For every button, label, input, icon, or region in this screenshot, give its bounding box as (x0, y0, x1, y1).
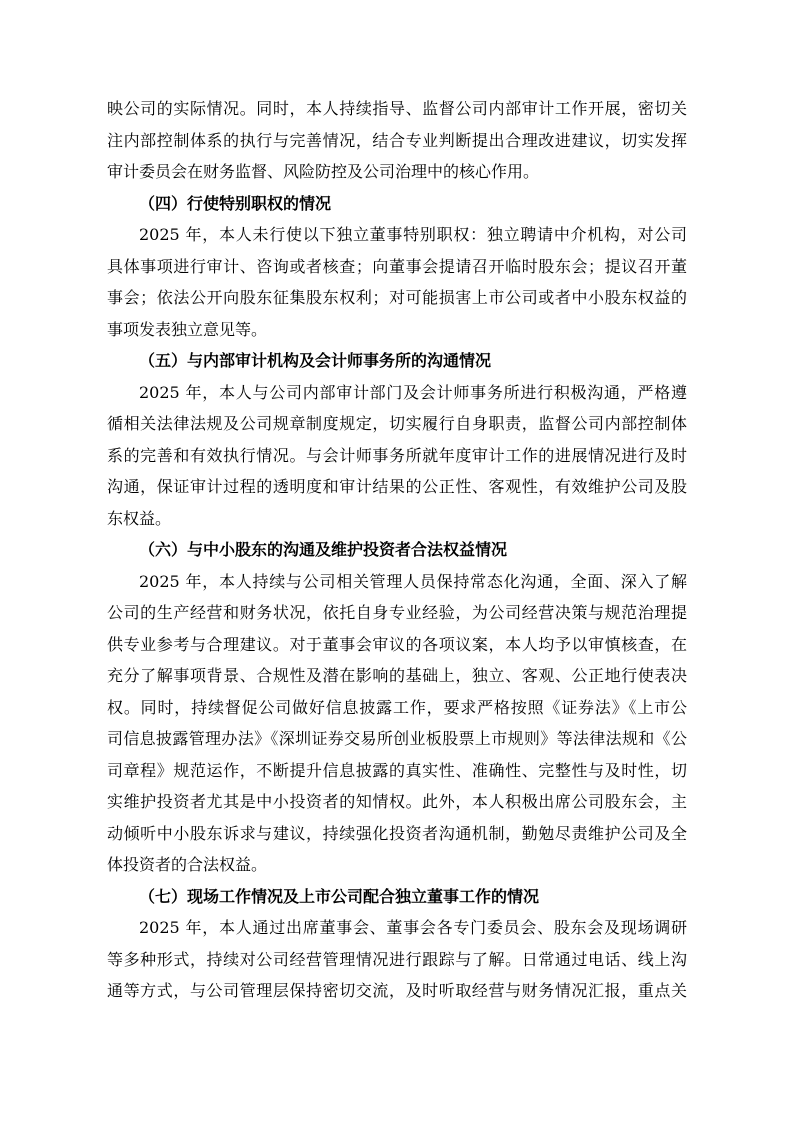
text-line: 司章程》规范运作，不断提升信息披露的真实性、准确性、完整性与及时性，切 (107, 755, 687, 787)
text-line: 供专业参考与合理建议。对于董事会审议的各项议案，本人均予以审慎核查，在 (107, 629, 687, 661)
text-line: 司信息披露管理办法》《深圳证券交易所创业板股票上市规则》等法律法规和《公 (107, 723, 687, 755)
text-line: 事会；依法公开向股东征集股东权利；对可能损害上市公司或者中小股东权益的 (107, 282, 687, 314)
paragraph: 2025 年，本人未行使以下独立董事特别职权：独立聘请中介机构，对公司 具体事项… (107, 219, 687, 345)
paragraph: 2025 年，本人持续与公司相关管理人员保持常态化沟通，全面、深入了解 公司的生… (107, 566, 687, 881)
text-line: 东权益。 (107, 503, 687, 535)
document-page: 映公司的实际情况。同时，本人持续指导、监督公司内部审计工作开展，密切关 注内部控… (0, 0, 793, 1122)
section-heading-iv: （四）行使特别职权的情况 (107, 188, 687, 220)
text-line: 映公司的实际情况。同时，本人持续指导、监督公司内部审计工作开展，密切关 (107, 93, 687, 125)
text-line: 通等方式，与公司管理层保持密切交流，及时听取经营与财务情况汇报，重点关 (107, 975, 687, 1007)
paragraph: 2025 年，本人与公司内部审计部门及会计师事务所进行积极沟通，严格遵 循相关法… (107, 377, 687, 535)
text-line: 实维护投资者尤其是中小投资者的知情权。此外，本人积极出席公司股东会，主 (107, 786, 687, 818)
paragraph: 2025 年，本人通过出席董事会、董事会各专门委员会、股东会及现场调研 等多种形… (107, 912, 687, 1007)
text-line: 循相关法律法规及公司规章制度规定，切实履行自身职责，监督公司内部控制体 (107, 408, 687, 440)
text-line: 2025 年，本人未行使以下独立董事特别职权：独立聘请中介机构，对公司 (107, 219, 687, 251)
text-line: 充分了解事项背景、合规性及潜在影响的基础上，独立、客观、公正地行使表决 (107, 660, 687, 692)
text-line: 2025 年，本人与公司内部审计部门及会计师事务所进行积极沟通，严格遵 (107, 377, 687, 409)
text-line: 事项发表独立意见等。 (107, 314, 687, 346)
section-heading-v: （五）与内部审计机构及会计师事务所的沟通情况 (107, 345, 687, 377)
section-heading-vi: （六）与中小股东的沟通及维护投资者合法权益情况 (107, 534, 687, 566)
text-line: 注内部控制体系的执行与完善情况，结合专业判断提出合理改进建议，切实发挥 (107, 125, 687, 157)
text-line: 动倾听中小股东诉求与建议，持续强化投资者沟通机制，勤勉尽责维护公司及全 (107, 818, 687, 850)
text-line: 公司的生产经营和财务状况，依托自身专业经验，为公司经营决策与规范治理提 (107, 597, 687, 629)
text-line: 具体事项进行审计、咨询或者核查；向董事会提请召开临时股东会；提议召开董 (107, 251, 687, 283)
text-line: 2025 年，本人通过出席董事会、董事会各专门委员会、股东会及现场调研 (107, 912, 687, 944)
text-line: 沟通，保证审计过程的透明度和审计结果的公正性、客观性，有效维护公司及股 (107, 471, 687, 503)
section-heading-vii: （七）现场工作情况及上市公司配合独立董事工作的情况 (107, 881, 687, 913)
document-content: 映公司的实际情况。同时，本人持续指导、监督公司内部审计工作开展，密切关 注内部控… (107, 93, 687, 1007)
text-line: 系的完善和有效执行情况。与会计师事务所就年度审计工作的进展情况进行及时 (107, 440, 687, 472)
text-line: 审计委员会在财务监督、风险防控及公司治理中的核心作用。 (107, 156, 687, 188)
paragraph: 映公司的实际情况。同时，本人持续指导、监督公司内部审计工作开展，密切关 注内部控… (107, 93, 687, 188)
text-line: 等多种形式，持续对公司经营管理情况进行跟踪与了解。日常通过电话、线上沟 (107, 944, 687, 976)
text-line: 体投资者的合法权益。 (107, 849, 687, 881)
text-line: 2025 年，本人持续与公司相关管理人员保持常态化沟通，全面、深入了解 (107, 566, 687, 598)
text-line: 权。同时，持续督促公司做好信息披露工作，要求严格按照《证券法》《上市公 (107, 692, 687, 724)
